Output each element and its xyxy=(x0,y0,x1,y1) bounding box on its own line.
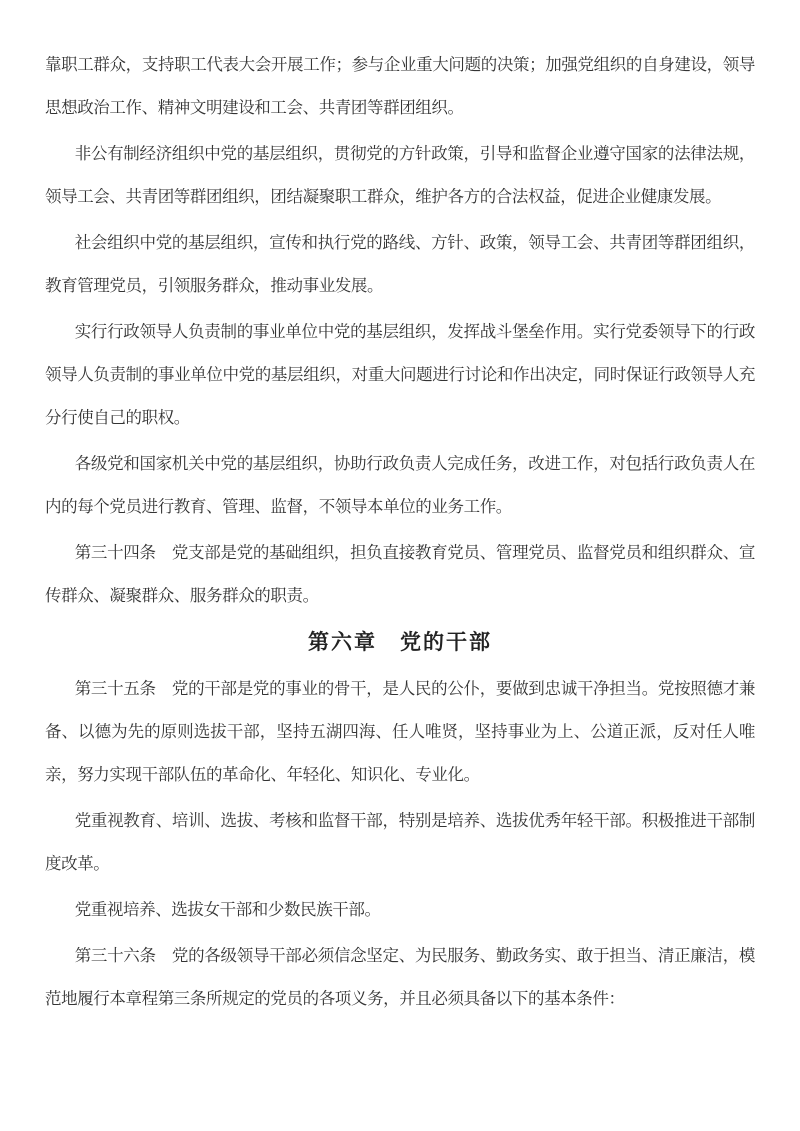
document-page: 靠职工群众，支持职工代表大会开展工作；参与企业重大问题的决策；加强党组织的自身建… xyxy=(0,0,800,1131)
paragraph-non-public-economic-org: 非公有制经济组织中党的基层组织，贯彻党的方针政策，引导和监督企业遵守国家的法律法… xyxy=(45,133,755,219)
paragraph-social-org: 社会组织中党的基层组织，宣传和执行党的路线、方针、政策，领导工会、共青团等群团组… xyxy=(45,222,755,308)
paragraph-basic-org-enterprise-continued: 靠职工群众，支持职工代表大会开展工作；参与企业重大问题的决策；加强党组织的自身建… xyxy=(45,44,755,130)
paragraph-cadre-training: 党重视教育、培训、选拔、考核和监督干部，特别是培养、选拔优秀年轻干部。积极推进干… xyxy=(45,800,755,886)
paragraph-article-34: 第三十四条 党支部是党的基础组织，担负直接教育党员、管理党员、监督党员和组织群众… xyxy=(45,532,755,618)
paragraph-state-organ-org: 各级党和国家机关中党的基层组织，协助行政负责人完成任务，改进工作，对包括行政负责… xyxy=(45,443,755,529)
chapter-heading: 第六章 党的干部 xyxy=(45,627,755,657)
paragraph-women-minority-cadres: 党重视培养、选拔女干部和少数民族干部。 xyxy=(45,889,755,932)
paragraph-article-35: 第三十五条 党的干部是党的事业的骨干，是人民的公仆，要做到忠诚干净担当。党按照德… xyxy=(45,668,755,797)
paragraph-public-institution-org: 实行行政领导人负责制的事业单位中党的基层组织，发挥战斗堡垒作用。实行党委领导下的… xyxy=(45,311,755,440)
paragraph-article-36: 第三十六条 党的各级领导干部必须信念坚定、为民服务、勤政务实、敢于担当、清正廉洁… xyxy=(45,935,755,1021)
